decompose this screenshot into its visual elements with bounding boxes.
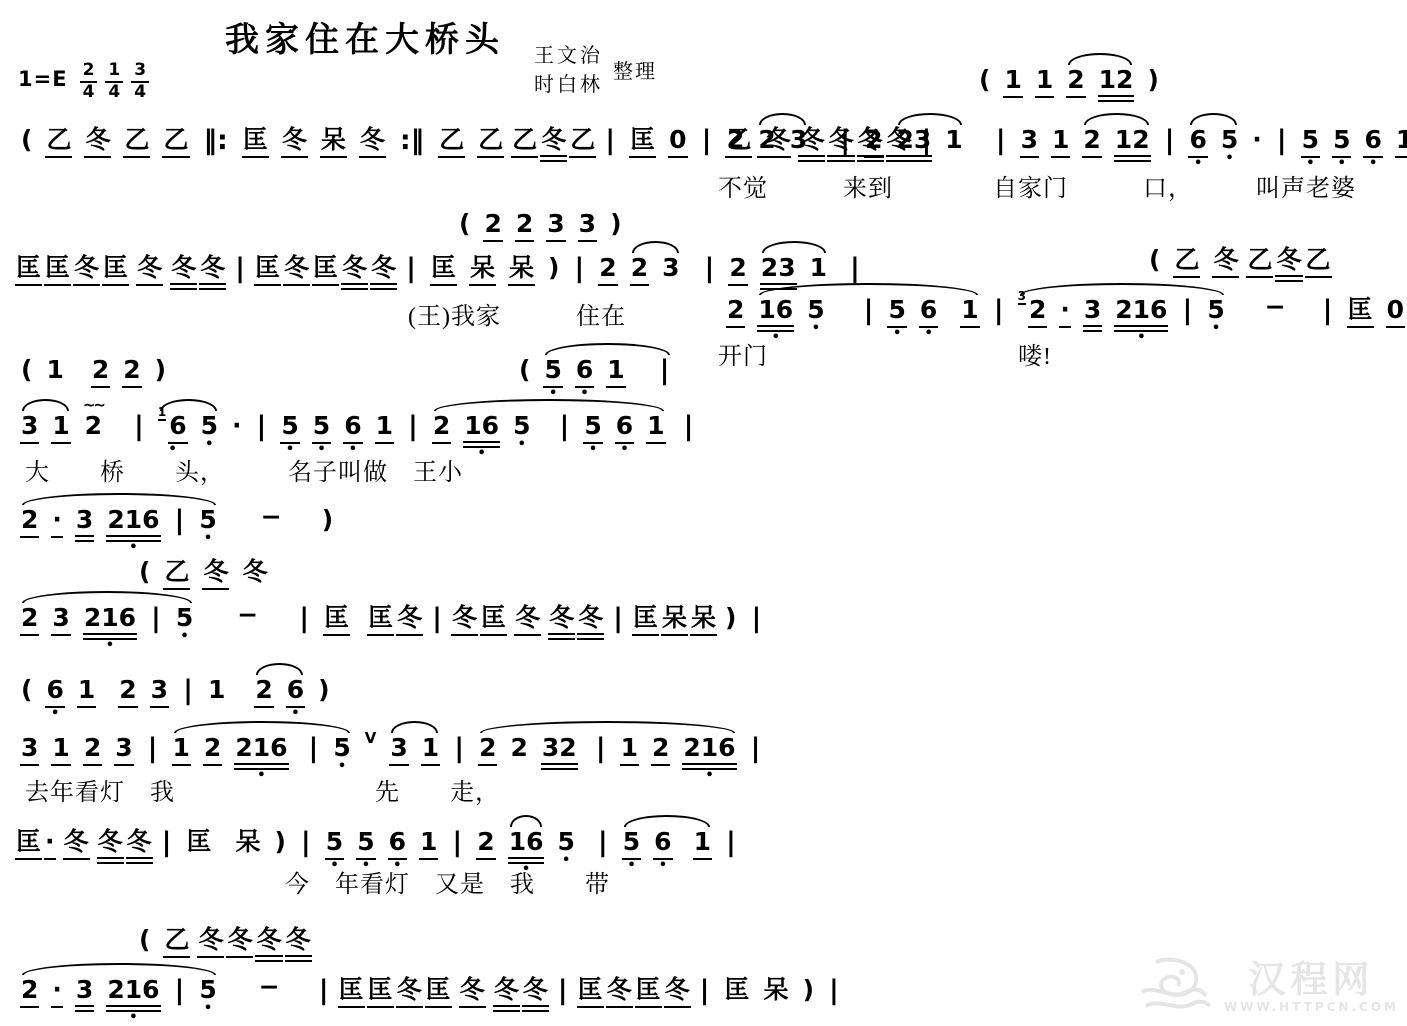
glyph: 1 <box>944 127 963 153</box>
percussion-syllable: 冬 <box>514 590 541 648</box>
close-parenthesis: ) <box>802 962 815 1015</box>
glyph: 3 <box>789 127 808 153</box>
glyph: 3 <box>20 413 39 444</box>
glyph: 匡 <box>430 255 457 286</box>
beam-group: 匡冬 <box>253 240 311 298</box>
note-number: 32 <box>1018 282 1048 340</box>
glyph: 乙 <box>511 127 538 158</box>
glyph: 冬 <box>197 927 224 958</box>
glyph: | <box>699 977 711 1005</box>
percussion-syllable: 冬 <box>126 814 153 876</box>
slur-group: 2232|12216• <box>472 720 742 782</box>
beam-group: 匡冬 <box>634 962 692 1020</box>
notation-line: 31~~2|16•5•·|5•5•6•1|216•5•|5•6•1| <box>14 398 701 460</box>
meter-numerator: 2 <box>80 62 98 83</box>
glyph: 3 <box>389 735 408 766</box>
glyph: 1 <box>77 677 96 708</box>
percussion-syllable: 匡 <box>312 240 339 298</box>
slur-group: 16•5•|5•6•1 <box>751 282 985 344</box>
note-number: 2 <box>726 112 745 170</box>
bar-line: | <box>683 398 695 453</box>
note-number: 32 <box>541 720 578 782</box>
notation-line: 216•5•|5•6•1|32·3216•|5•−|匡0 <box>720 282 1407 344</box>
spacer <box>537 398 551 399</box>
note-number: 1 <box>1003 52 1022 110</box>
meter-fraction: 34 <box>131 62 149 102</box>
note-number: 1 <box>375 398 394 456</box>
glyph: 2 <box>118 677 137 708</box>
percussion-syllable: 乙 <box>438 112 465 170</box>
watermark: 汉程网 WWW.HTTPCN.COM <box>1136 954 1399 1020</box>
note-number: 1 <box>960 282 979 340</box>
percussion-syllable: 呆 <box>320 112 347 170</box>
grace-note: 3 <box>1018 290 1026 305</box>
glyph: | <box>298 605 310 633</box>
beam-group: 冬冬 <box>96 814 154 876</box>
open-parenthesis: ( <box>20 662 33 715</box>
spacer <box>687 240 697 241</box>
glyph: 匡 <box>312 255 339 286</box>
glyph: 2 <box>476 829 495 860</box>
octave-dot: • <box>51 709 59 720</box>
note-number: 1 <box>51 398 70 456</box>
bar-line: | <box>161 814 173 869</box>
beam-group: 匡· <box>14 814 57 872</box>
octave-dot: • <box>627 861 635 872</box>
percussion-syllable: 冬 <box>281 112 308 170</box>
glyph: ) <box>273 829 286 855</box>
glyph: 乙 <box>438 127 465 158</box>
glyph: 5 <box>583 413 602 444</box>
augmentation-dot: · <box>231 398 243 451</box>
bar-line: | <box>133 398 145 453</box>
percussion-syllable: 匡 <box>724 962 751 1015</box>
lyrics-line: 开门 喽! <box>718 336 1052 371</box>
glyph: 1 <box>207 677 226 703</box>
glyph: 匡 <box>425 977 452 1008</box>
percussion-syllable: 呆 <box>508 240 535 298</box>
percussion-syllable: 冬 <box>370 240 397 302</box>
glyph: 12 <box>1098 67 1135 102</box>
grace-note: 1 <box>158 406 166 421</box>
note-number: 1 <box>77 662 96 720</box>
glyph: 1 <box>960 297 979 328</box>
glyph: 6 <box>615 413 634 444</box>
dash-sustain: − <box>1264 282 1287 335</box>
dash-sustain: − <box>258 962 281 1015</box>
beam-group: 匡匡 <box>14 240 72 298</box>
note-number: 2 <box>432 398 451 456</box>
glyph: 5 <box>1220 127 1239 153</box>
glyph: 3 <box>1020 127 1039 158</box>
glyph: 216 <box>1114 297 1168 332</box>
note-number: 216• <box>83 590 137 652</box>
glyph: | <box>704 255 716 283</box>
glyph: 冬 <box>370 255 397 290</box>
percussion-syllable: 匡 <box>338 962 365 1020</box>
glyph: − <box>258 974 281 1000</box>
note-number: 2 <box>122 342 141 400</box>
glyph: | <box>683 413 695 441</box>
notation-line: 23216•|5•−|匡匡冬|冬匡冬冬冬|匡呆呆)| <box>14 590 769 652</box>
glyph: | <box>604 127 616 155</box>
bar-line: | <box>308 720 320 775</box>
glyph: 乙 <box>1246 247 1273 278</box>
percussion-syllable: 呆 <box>234 814 261 867</box>
spacer <box>295 720 301 721</box>
glyph: | <box>1164 127 1176 155</box>
spacer <box>224 492 254 493</box>
note-number: 5• <box>198 962 217 1015</box>
percussion-syllable: 冬 <box>522 962 549 1024</box>
glyph: 3 <box>578 211 597 242</box>
octave-dot: • <box>204 1004 212 1015</box>
octave-dot: • <box>180 632 188 643</box>
lyrics-line: (王)我家 住在 <box>408 296 626 331</box>
glyph: 匡 <box>629 127 656 158</box>
meter-fractions: 241434 <box>76 56 154 102</box>
beam-group: 冬匡 <box>450 590 508 648</box>
watermark-site: WWW.HTTPCN.COM <box>1224 1000 1399 1014</box>
glyph: 5 <box>198 977 217 1003</box>
glyph: | <box>849 255 861 283</box>
bar-line: | <box>750 590 762 645</box>
glyph: 6 <box>388 829 407 860</box>
glyph: 冬 <box>285 927 312 962</box>
percussion-syllable: 匡 <box>102 240 129 298</box>
glyph: 5 <box>622 829 641 860</box>
note-number: 1 <box>693 814 712 872</box>
slur-group: 23 <box>751 112 814 170</box>
slur-group: 2·3216•|5• <box>14 962 224 1024</box>
glyph: 23 <box>896 127 933 162</box>
bar-line: | <box>557 962 569 1017</box>
meter-numerator: 3 <box>131 62 149 83</box>
octave-dot: • <box>1137 333 1145 344</box>
percussion-syllable: 匡 <box>629 112 656 170</box>
percussion-syllable: 匡 <box>430 240 457 298</box>
percussion-syllable: 冬 <box>283 240 310 298</box>
bar-line: | <box>1276 112 1288 167</box>
bar-line: | <box>405 240 417 295</box>
credit-names: 王文治 时白林 <box>534 42 603 100</box>
spacer <box>834 240 842 241</box>
bar-line: | <box>453 720 465 775</box>
percussion-syllable: 乙 <box>569 112 596 170</box>
glyph: | <box>595 735 607 763</box>
glyph: 冬 <box>1212 247 1239 278</box>
percussion-syllable: 冬 <box>73 240 100 298</box>
note-number: 1 <box>1395 112 1407 170</box>
notation-line: (6•123|126•) <box>14 662 337 720</box>
spacer <box>970 112 988 113</box>
note-number: 5• <box>332 720 351 773</box>
glyph: | <box>256 413 268 441</box>
percussion-syllable: 匡 <box>15 814 42 872</box>
note-number: 5• <box>1206 282 1225 335</box>
glyph: 5 <box>200 413 219 439</box>
glyph: 冬 <box>170 255 197 290</box>
spacer <box>71 342 85 343</box>
beam-group: 冬匡 <box>72 240 130 298</box>
glyph: 冬 <box>664 977 691 1008</box>
note-number: 1 <box>1051 112 1070 170</box>
close-parenthesis: ) <box>1146 52 1159 105</box>
glyph: | <box>1181 297 1193 325</box>
open-parenthesis: ( <box>1148 232 1161 285</box>
note-number: 3 <box>1020 112 1039 170</box>
augmentation-dot: · <box>44 814 56 872</box>
glyph: 12 <box>1114 127 1151 162</box>
glyph: 0 <box>668 127 687 158</box>
note-number: 5• <box>200 398 219 451</box>
glyph: 乙 <box>162 127 189 158</box>
note-number: 6• <box>45 662 64 720</box>
glyph: 2 <box>20 605 39 636</box>
glyph: 乙 <box>477 127 504 158</box>
glyph: ( <box>518 357 531 383</box>
glyph: 匡 <box>480 605 507 636</box>
note-number: 2 <box>91 342 110 400</box>
glyph: 5 <box>543 357 562 388</box>
note-number: 3 <box>20 398 39 456</box>
bar-line: | <box>431 590 443 645</box>
glyph: 冬 <box>73 255 100 286</box>
beam-group: 匡呆呆 <box>631 590 718 648</box>
glyph: · <box>44 829 56 860</box>
glyph: · <box>231 413 243 439</box>
beam-group: 匡冬 <box>366 590 424 648</box>
note-number: 6• <box>615 398 634 456</box>
percussion-syllable: 冬 <box>606 962 633 1020</box>
percussion-syllable: 冬 <box>459 962 486 1020</box>
glyph: 冬 <box>226 927 253 958</box>
glyph: 6 <box>1188 127 1207 158</box>
bar-line: | <box>1164 112 1176 167</box>
close-parenthesis: ) <box>724 590 737 643</box>
glyph: 2 <box>432 413 451 444</box>
glyph: 冬 <box>202 559 229 590</box>
percussion-syllable: 冬 <box>63 814 90 872</box>
glyph: ) <box>154 357 167 383</box>
glyph: · <box>51 507 63 538</box>
note-number: 3 <box>661 240 680 293</box>
octave-dot: • <box>659 861 667 872</box>
glyph: ‖: <box>203 127 229 155</box>
note-number: 12 <box>1098 52 1135 114</box>
glyph: | <box>451 829 463 857</box>
spacer <box>944 282 954 283</box>
slur-group: 231 <box>890 112 970 174</box>
glyph: 冬 <box>255 927 282 962</box>
glyph: 6 <box>168 413 187 444</box>
slur-group: 32·3216•|5• <box>1012 282 1232 344</box>
glyph: 冬 <box>606 977 633 1008</box>
spacer <box>672 398 676 399</box>
glyph: | <box>174 977 186 1005</box>
credit-role: 整理 <box>613 55 657 84</box>
note-number: 5• <box>887 282 906 340</box>
note-number: 5• <box>198 492 217 545</box>
glyph: 2 <box>478 735 497 766</box>
glyph: 乙 <box>163 927 190 958</box>
glyph: · <box>51 977 63 1008</box>
glyph: | <box>701 127 713 155</box>
note-number: 2 <box>118 662 137 720</box>
augmentation-dot: · <box>1059 282 1071 340</box>
note-number: 2 <box>478 720 497 778</box>
note-number: 23 <box>896 112 933 174</box>
sheet-music-page: 我家住在大桥头 1=E 241434 王文治 时白林 整理 (乙冬乙乙‖:匡冬呆… <box>0 0 1407 1026</box>
beam-group: 匡冬冬 <box>311 240 398 302</box>
note-number: 1 <box>207 662 226 715</box>
note-number: 2 <box>1082 112 1101 170</box>
notation-line: (11212) <box>972 52 1166 114</box>
percussion-syllable: 冬 <box>199 240 226 302</box>
bar-line: | <box>750 720 762 775</box>
glyph: | <box>1322 297 1334 325</box>
percussion-syllable: 匡 <box>367 962 394 1020</box>
note-number: 5• <box>280 398 299 456</box>
notation-line: 223|2231|31212|6•5•·|5•5•6•1| <box>720 112 1407 174</box>
note-number: 16• <box>463 398 500 460</box>
glyph: 2 <box>598 255 617 286</box>
glyph: 乙 <box>569 127 596 158</box>
slur-group: 5•6•1 <box>616 814 718 872</box>
glyph: 1 <box>419 829 438 860</box>
spacer <box>1232 282 1258 283</box>
bar-line: | <box>451 814 463 869</box>
glyph: 3 <box>75 507 94 542</box>
glyph: 冬 <box>341 255 368 290</box>
glyph: − <box>260 504 283 530</box>
glyph: 呆 <box>690 605 717 636</box>
percussion-syllable: 冬 <box>97 814 124 876</box>
note-number: 2 <box>651 720 670 778</box>
glyph: 6 <box>45 677 64 708</box>
glyph: 呆 <box>508 255 535 286</box>
glyph: | <box>839 127 851 155</box>
glyph: 2 <box>515 211 534 242</box>
percussion-syllable: 呆 <box>690 590 717 648</box>
beam-group: 冬匡 <box>395 962 453 1020</box>
glyph: 冬 <box>577 605 604 640</box>
spacer <box>582 814 590 815</box>
glyph: ( <box>20 357 33 383</box>
glyph: ) <box>1146 67 1159 93</box>
glyph: 216 <box>682 735 736 770</box>
note-number: 6• <box>286 662 305 720</box>
glyph: 5 <box>1206 297 1225 323</box>
glyph: 2 <box>757 127 776 158</box>
bar-line: | <box>725 814 737 869</box>
glyph: 5 <box>1301 127 1320 158</box>
spacer <box>102 662 112 663</box>
glyph: 2 <box>651 735 670 766</box>
key-signature: 1=E 241434 <box>18 56 153 102</box>
glyph: − <box>236 602 259 628</box>
note-number: 2 <box>1066 52 1085 110</box>
glyph: 3 <box>51 605 70 636</box>
percussion-syllable: 匡 <box>323 590 350 648</box>
beam-group: 匡冬 <box>576 962 634 1020</box>
glyph: 2 <box>1082 127 1101 158</box>
glyph: 冬 <box>514 605 541 636</box>
percussion-syllable: 乙 <box>511 112 538 170</box>
glyph: 冬 <box>283 255 310 286</box>
credit-name-2: 时白林 <box>534 71 603 100</box>
glyph: | <box>750 735 762 763</box>
glyph: | <box>612 605 624 633</box>
percussion-syllable: 冬 <box>341 240 368 302</box>
bar-line: | <box>701 112 713 167</box>
lyrics-line: 去年看灯 我 先 走， <box>25 772 500 807</box>
percussion-syllable: 匡 <box>15 240 42 298</box>
glyph: · <box>1251 127 1263 153</box>
glyph: 1 <box>1395 127 1407 158</box>
octave-dot: • <box>812 324 820 335</box>
spacer <box>1293 282 1315 283</box>
percussion-syllable: 乙 <box>123 112 150 170</box>
augmentation-dot: · <box>1251 112 1263 165</box>
open-parenthesis: ( <box>138 912 151 965</box>
glyph: 5 <box>332 735 351 761</box>
glyph: 冬 <box>136 255 163 286</box>
glyph: 2 <box>254 677 273 708</box>
augmentation-dot: · <box>51 492 63 550</box>
note-number: 1 <box>172 720 191 778</box>
beam-group: 冬冬 <box>492 962 550 1024</box>
key-label: 1=E <box>18 67 68 91</box>
spacer <box>224 962 252 963</box>
percussion-syllable: 呆 <box>469 240 496 298</box>
page-title: 我家住在大桥头 <box>225 12 505 61</box>
glyph: | <box>750 605 762 633</box>
note-number: 2 <box>509 720 528 773</box>
glyph: 冬 <box>396 977 423 1008</box>
spacer <box>265 590 291 591</box>
open-parenthesis: ( <box>20 112 33 165</box>
spacer <box>832 282 856 283</box>
slur-group: 16•5• <box>152 398 225 456</box>
close-parenthesis: ) <box>547 240 560 293</box>
percussion-syllable: 冬 <box>396 962 423 1020</box>
bar-line: | <box>612 590 624 645</box>
beam-group: 冬冬 <box>547 590 605 652</box>
note-number: 2 <box>757 112 776 170</box>
glyph: V <box>364 731 378 747</box>
glyph: 冬 <box>199 255 226 290</box>
percussion-syllable: 冬 <box>84 112 111 170</box>
glyph: | <box>161 829 173 857</box>
note-number: 2 <box>864 112 883 170</box>
glyph: 匡 <box>185 829 212 855</box>
glyph: 6 <box>343 413 362 444</box>
octave-dot: • <box>1369 159 1377 170</box>
octave-dot: • <box>106 641 114 652</box>
glyph: 冬 <box>451 605 478 636</box>
note-number: 3 <box>114 720 133 778</box>
rest-zero: 0 <box>668 112 687 170</box>
dragon-wave-icon <box>1136 954 1214 1020</box>
close-parenthesis: ) <box>273 814 286 867</box>
note-number: 5• <box>1301 112 1320 170</box>
glyph: 呆 <box>469 255 496 286</box>
spacer <box>679 814 687 815</box>
glyph: 匡 <box>254 255 281 286</box>
note-number: 3 <box>20 720 39 778</box>
glyph: 1 <box>1003 67 1022 98</box>
